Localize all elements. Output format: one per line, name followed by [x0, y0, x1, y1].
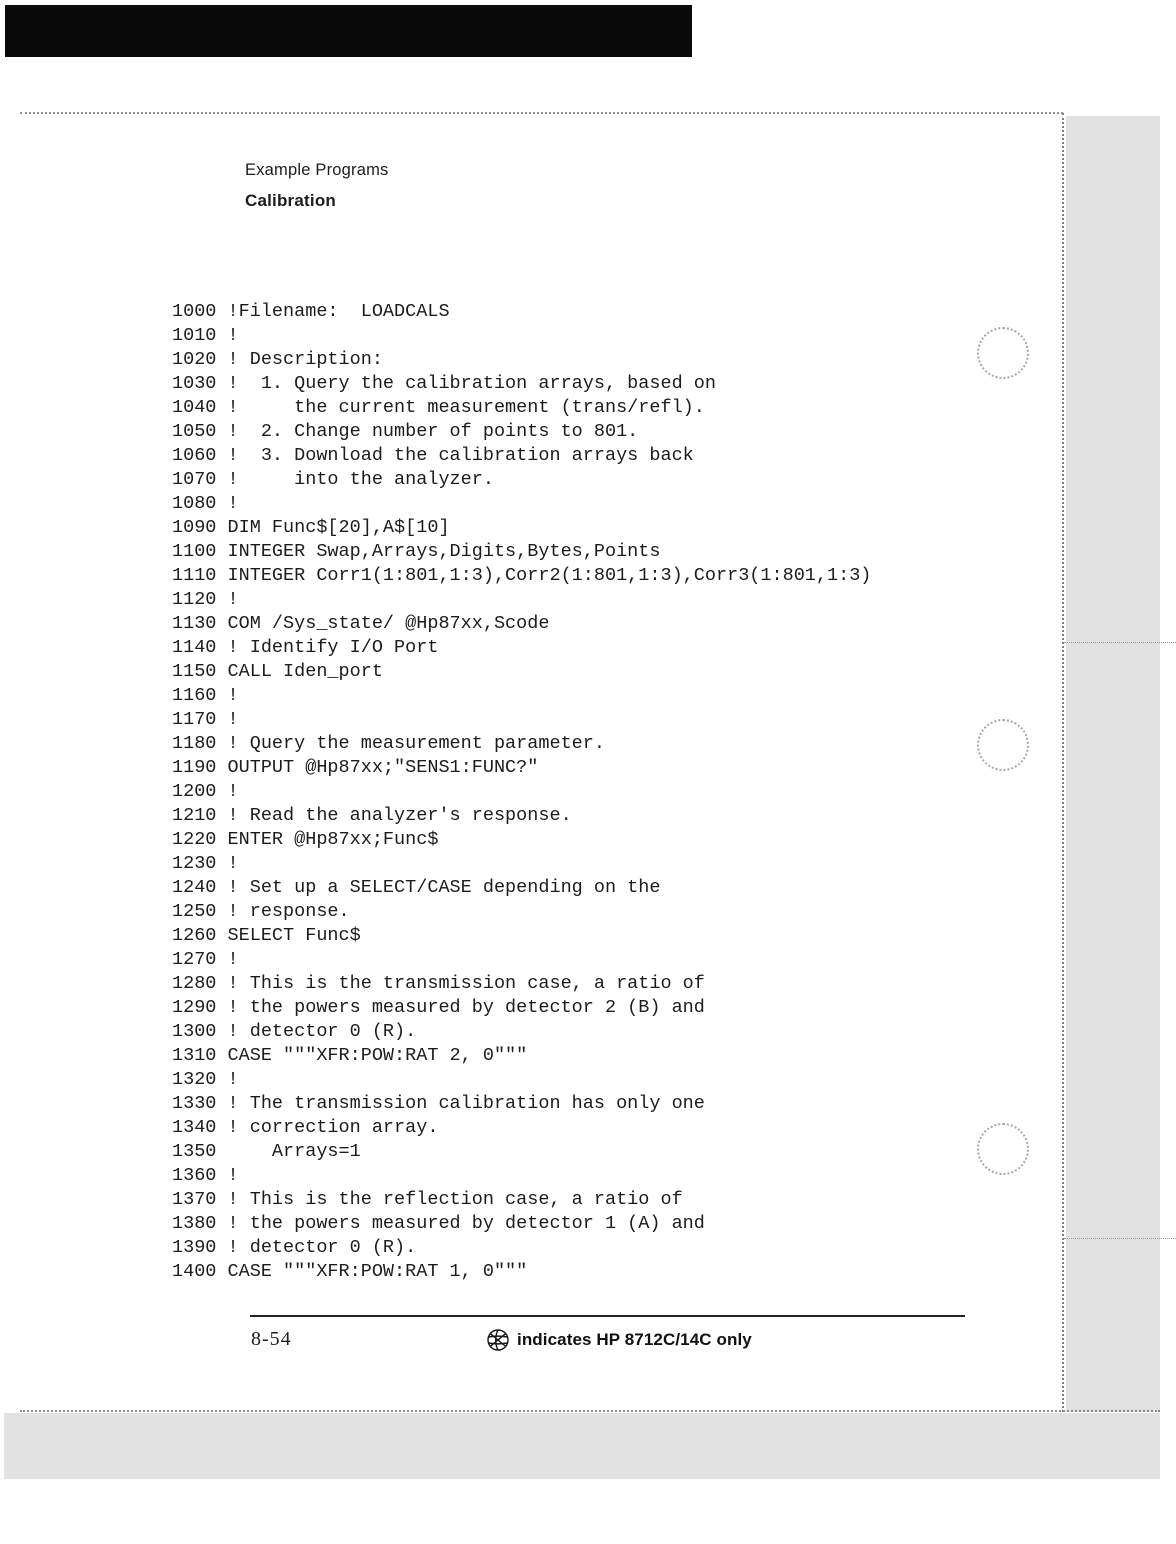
- code-line: 1170 !: [172, 708, 871, 732]
- edge-tick-line: [1064, 642, 1176, 643]
- punch-hole: [977, 1123, 1029, 1175]
- code-line: 1110 INTEGER Corr1(1:801,1:3),Corr2(1:80…: [172, 564, 871, 588]
- page-edge-bottom: [20, 1410, 1160, 1412]
- chapter-tab-mark: [5, 5, 692, 57]
- code-line: 1190 OUTPUT @Hp87xx;"SENS1:FUNC?": [172, 756, 871, 780]
- code-line: 1050 ! 2. Change number of points to 801…: [172, 420, 871, 444]
- code-line: 1250 ! response.: [172, 900, 871, 924]
- code-line: 1330 ! The transmission calibration has …: [172, 1092, 871, 1116]
- code-line: 1220 ENTER @Hp87xx;Func$: [172, 828, 871, 852]
- code-line: 1070 ! into the analyzer.: [172, 468, 871, 492]
- section-eyebrow: Example Programs: [245, 160, 389, 180]
- code-line: 1020 ! Description:: [172, 348, 871, 372]
- hp-fan-icon: [486, 1328, 510, 1352]
- code-line: 1150 CALL Iden_port: [172, 660, 871, 684]
- code-line: 1400 CASE """XFR:POW:RAT 1, 0""": [172, 1260, 871, 1284]
- page-title: Calibration: [245, 191, 389, 211]
- code-line: 1270 !: [172, 948, 871, 972]
- code-line: 1370 ! This is the reflection case, a ra…: [172, 1188, 871, 1212]
- code-listing: 1000 !Filename: LOADCALS1010 !1020 ! Des…: [172, 300, 871, 1284]
- code-line: 1230 !: [172, 852, 871, 876]
- code-line: 1300 ! detector 0 (R).: [172, 1020, 871, 1044]
- code-line: 1030 ! 1. Query the calibration arrays, …: [172, 372, 871, 396]
- code-line: 1180 ! Query the measurement parameter.: [172, 732, 871, 756]
- code-line: 1390 ! detector 0 (R).: [172, 1236, 871, 1260]
- code-line: 1040 ! the current measurement (trans/re…: [172, 396, 871, 420]
- page-number: 8-54: [251, 1328, 292, 1351]
- code-line: 1200 !: [172, 780, 871, 804]
- footer-rule: [250, 1315, 965, 1317]
- footer-note: indicates HP 8712C/14C only: [486, 1328, 752, 1352]
- code-line: 1120 !: [172, 588, 871, 612]
- code-line: 1310 CASE """XFR:POW:RAT 2, 0""": [172, 1044, 871, 1068]
- code-line: 1210 ! Read the analyzer's response.: [172, 804, 871, 828]
- code-line: 1350 Arrays=1: [172, 1140, 871, 1164]
- scan-edge-bottom: [4, 1413, 1160, 1479]
- code-line: 1340 ! correction array.: [172, 1116, 871, 1140]
- code-line: 1290 ! the powers measured by detector 2…: [172, 996, 871, 1020]
- code-line: 1080 !: [172, 492, 871, 516]
- code-line: 1140 ! Identify I/O Port: [172, 636, 871, 660]
- code-line: 1090 DIM Func$[20],A$[10]: [172, 516, 871, 540]
- punch-hole: [977, 719, 1029, 771]
- punch-hole: [977, 327, 1029, 379]
- code-line: 1320 !: [172, 1068, 871, 1092]
- page-edge-top: [20, 112, 1063, 114]
- running-header: Example Programs Calibration: [245, 160, 389, 211]
- code-line: 1010 !: [172, 324, 871, 348]
- edge-tick-line: [1064, 1238, 1176, 1239]
- scan-edge-right: [1066, 116, 1160, 1412]
- code-line: 1130 COM /Sys_state/ @Hp87xx,Scode: [172, 612, 871, 636]
- code-line: 1060 ! 3. Download the calibration array…: [172, 444, 871, 468]
- code-line: 1280 ! This is the transmission case, a …: [172, 972, 871, 996]
- page-edge-right: [1062, 113, 1064, 1412]
- code-line: 1260 SELECT Func$: [172, 924, 871, 948]
- code-line: 1100 INTEGER Swap,Arrays,Digits,Bytes,Po…: [172, 540, 871, 564]
- code-line: 1240 ! Set up a SELECT/CASE depending on…: [172, 876, 871, 900]
- code-line: 1000 !Filename: LOADCALS: [172, 300, 871, 324]
- footer-note-label: indicates HP 8712C/14C only: [517, 1330, 752, 1350]
- code-line: 1380 ! the powers measured by detector 1…: [172, 1212, 871, 1236]
- code-line: 1360 !: [172, 1164, 871, 1188]
- scanned-manual-page: { "header": { "eyebrow": "Example Progra…: [0, 0, 1176, 1544]
- code-line: 1160 !: [172, 684, 871, 708]
